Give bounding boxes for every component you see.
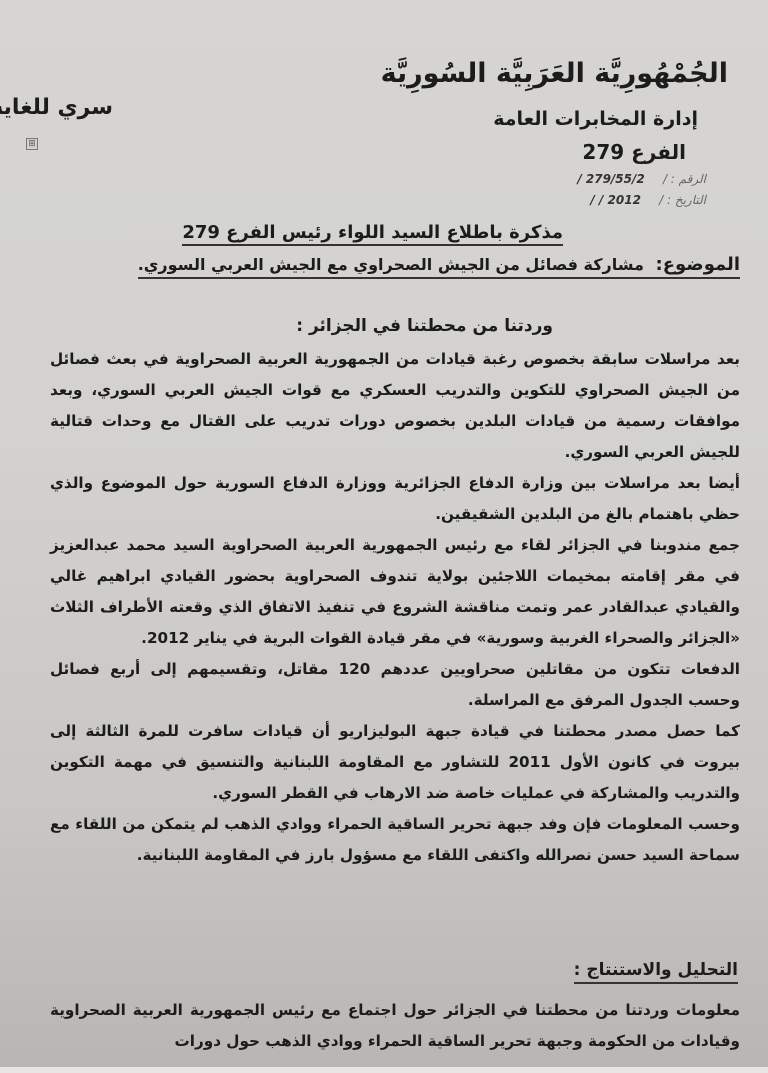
header-department: إدارة المخابرات العامة <box>493 108 698 130</box>
paragraph-6: وحسب المعلومات فإن وفد جبهة تحرير الساقي… <box>50 809 740 871</box>
conclusion-heading: التحليل والاستنتاج : <box>574 960 738 984</box>
paragraph-2: أيضا بعد مراسلات بين وزارة الدفاع الجزائ… <box>50 468 740 530</box>
section-heading: وردتنا من محطتنا في الجزائر : <box>296 316 553 336</box>
subject-label: الموضوع: <box>656 254 740 275</box>
subject-line: الموضوع: مشاركة فصائل من الجيش الصحراوي … <box>138 254 740 279</box>
document-date: التاريخ : / 2012 / / <box>590 193 706 207</box>
conclusion-paragraph: معلومات وردتنا من محطتنا في الجزائر حول … <box>50 995 740 1057</box>
memo-title: مذكرة باطلاع السيد اللواء رئيس الفرع 279 <box>182 222 563 246</box>
document-page: الجُمْهُورِيَّة العَرَبِيَّة السُورِيَّة… <box>0 0 768 1073</box>
reference-number-label: الرقم : / <box>663 172 706 186</box>
paragraph-4: الدفعات تتكون من مقاتلين صحراويين عددهم … <box>50 654 740 716</box>
paragraph-5: كما حصل مصدر محطتنا في قيادة جبهة البولي… <box>50 716 740 809</box>
document-date-label: التاريخ : / <box>659 193 706 207</box>
classification-stamp: سري للغاية <box>0 95 113 120</box>
paragraph-3: جمع مندوبنا في الجزائر لقاء مع رئيس الجم… <box>50 530 740 654</box>
document-date-value: 2012 / / <box>590 193 641 207</box>
page-bottom-edge <box>0 1067 768 1073</box>
reference-number-value: 279/55/2 / <box>577 172 644 186</box>
body-text: بعد مراسلات سابقة بخصوص رغبة قيادات من ا… <box>50 344 740 871</box>
paragraph-1: بعد مراسلات سابقة بخصوص رغبة قيادات من ا… <box>50 344 740 468</box>
subject-text: مشاركة فصائل من الجيش الصحراوي مع الجيش … <box>138 255 644 274</box>
conclusion-text: معلومات وردتنا من محطتنا في الجزائر حول … <box>50 995 740 1057</box>
reference-number: الرقم : / 279/55/2 / <box>577 172 706 186</box>
header-republic: الجُمْهُورِيَّة العَرَبِيَّة السُورِيَّة <box>381 58 728 89</box>
expand-icon[interactable]: ⊞ <box>26 138 38 150</box>
header-branch: الفرع 279 <box>582 140 686 164</box>
